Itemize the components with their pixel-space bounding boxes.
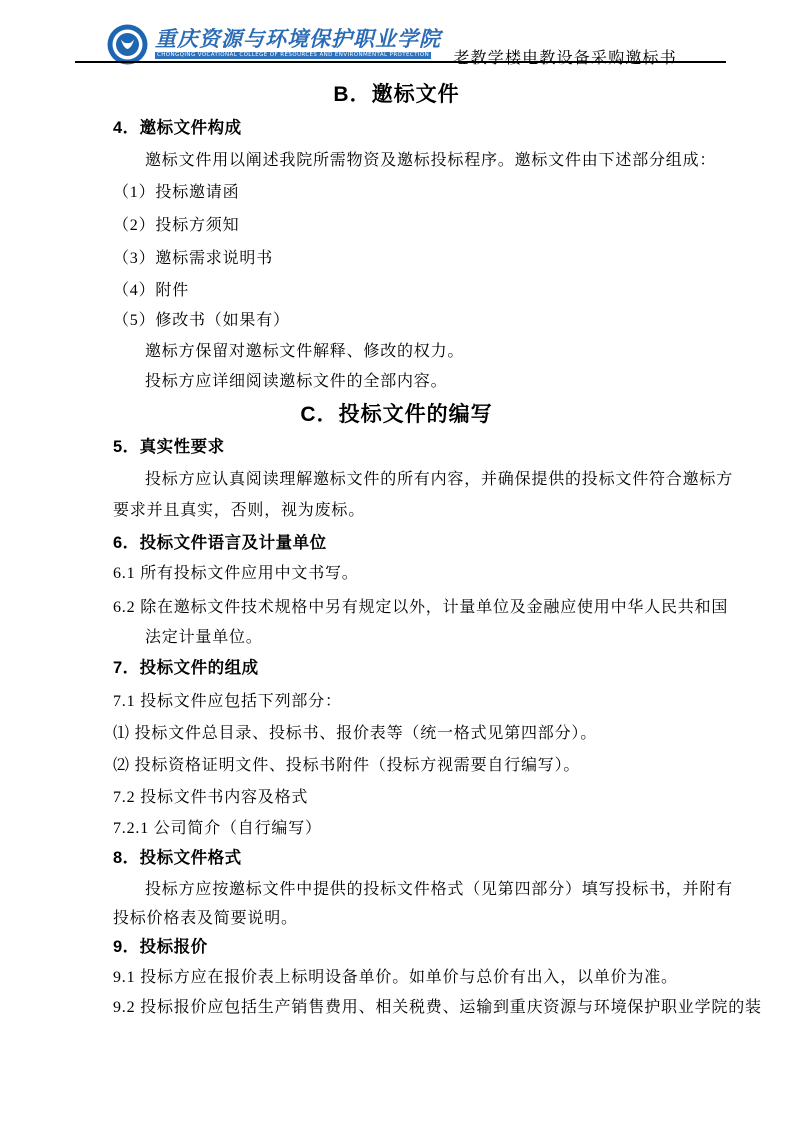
section4-intro: 邀标文件用以阐述我院所需物资及邀标投标程序。邀标文件由下述部分组成： xyxy=(113,150,773,171)
section7-clause-7-2-1: 7.2.1 公司简介（自行编写） xyxy=(113,818,741,839)
section7-clause-7-1: 7.1 投标文件应包括下列部分： xyxy=(113,691,741,712)
college-name-english: CHONGQING VOCATIONAL COLLEGE OF RESOURCE… xyxy=(155,52,431,59)
section6-clause-6-1: 6.1 所有投标文件应用中文书写。 xyxy=(113,563,741,584)
college-emblem-icon xyxy=(107,24,148,65)
part-c-title: C．投标文件的编写 xyxy=(0,398,793,428)
section4-heading: 4．邀标文件构成 xyxy=(113,118,741,139)
section5-paragraph-line1: 投标方应认真阅读理解邀标文件的所有内容，并确保提供的投标文件符合邀标方 xyxy=(113,469,773,490)
college-name-chinese: 重庆资源与环境保护职业学院 xyxy=(155,27,441,51)
section8-paragraph-line2: 投标价格表及简要说明。 xyxy=(113,908,741,929)
list-item: （2）投标方须知 xyxy=(113,215,741,236)
section7-subitem-1: ⑴ 投标文件总目录、投标书、报价表等（统一格式见第四部分）。 xyxy=(113,723,741,744)
section9-clause-9-1: 9.1 投标方应在报价表上标明设备单价。如单价与总价有出入，以单价为准。 xyxy=(113,967,741,988)
section5-heading: 5．真实性要求 xyxy=(113,437,741,458)
list-item: （1）投标邀请函 xyxy=(113,182,741,203)
section6-heading: 6．投标文件语言及计量单位 xyxy=(113,533,741,554)
list-item: （3）邀标需求说明书 xyxy=(113,248,741,269)
header-doc-title: 老教学楼电教设备采购邀标书 xyxy=(453,45,677,68)
section7-subitem-2: ⑵ 投标资格证明文件、投标书附件（投标方视需要自行编写）。 xyxy=(113,755,741,776)
section5-paragraph-line2: 要求并且真实，否则，视为废标。 xyxy=(113,500,741,521)
section6-clause-6-2-line1: 6.2 除在邀标文件技术规格中另有规定以外，计量单位及金融应使用中华人民共和国 xyxy=(113,597,741,618)
section4-note1: 邀标方保留对邀标文件解释、修改的权力。 xyxy=(113,341,773,362)
section7-heading: 7．投标文件的组成 xyxy=(113,658,741,679)
document-page: 重庆资源与环境保护职业学院 CHONGQING VOCATIONAL COLLE… xyxy=(0,0,793,1122)
list-item: （4）附件 xyxy=(113,280,741,301)
part-b-title: B．邀标文件 xyxy=(0,78,793,108)
section9-clause-9-2: 9.2 投标报价应包括生产销售费用、相关税费、运输到重庆资源与环境保护职业学院的… xyxy=(113,997,741,1018)
section7-clause-7-2: 7.2 投标文件书内容及格式 xyxy=(113,787,741,808)
section8-paragraph-line1: 投标方应按邀标文件中提供的投标文件格式（见第四部分）填写投标书，并附有 xyxy=(113,879,773,900)
college-logo-text: 重庆资源与环境保护职业学院 CHONGQING VOCATIONAL COLLE… xyxy=(155,27,441,59)
section9-heading: 9．投标报价 xyxy=(113,937,741,958)
college-logo-icon xyxy=(107,24,148,65)
section4-note2: 投标方应详细阅读邀标文件的全部内容。 xyxy=(113,371,773,392)
section8-heading: 8．投标文件格式 xyxy=(113,848,741,869)
section6-clause-6-2-line2: 法定计量单位。 xyxy=(113,627,773,648)
list-item: （5）修改书（如果有） xyxy=(113,310,741,331)
